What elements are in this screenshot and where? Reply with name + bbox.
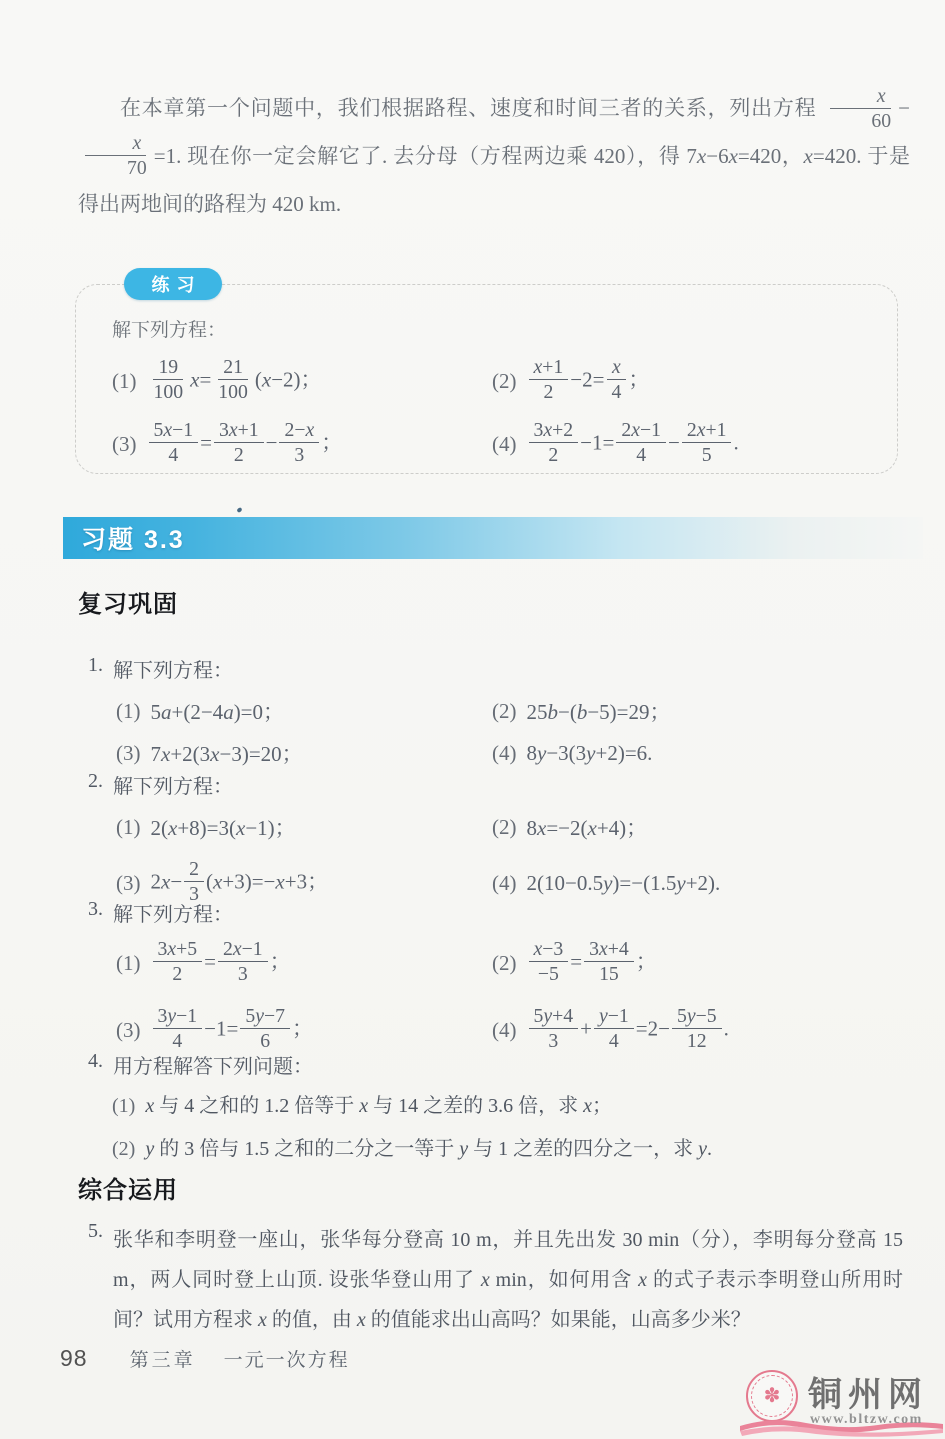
item-number: (3) <box>112 432 137 457</box>
item-number: (4) <box>492 871 517 896</box>
problem-head: 5. 张华和李明登一座山，张华每分登高 10 m，并且先出发 30 min（分）… <box>88 1220 910 1340</box>
equation: 5y+43+y−14=2−5y−512. <box>527 1007 729 1054</box>
item-number: (3) <box>116 741 141 766</box>
problem-4: 4. 用方程解答下列问题： (1) x 与 4 之和的 1.2 倍等于 x 与 … <box>88 1050 910 1165</box>
comprehensive-heading: 综合运用 <box>78 1170 178 1205</box>
textbook-page: 在本章第一个问题中，我们根据路程、速度和时间三者的关系，列出方程 x60−x70… <box>0 0 945 1439</box>
item-number: (1) <box>112 1091 135 1122</box>
watermark-url: www.bltzw.com <box>810 1412 923 1428</box>
problem-2-item-4: (4) 2(10−0.5y)=−(1.5y+2). <box>492 871 910 896</box>
problem-3-item-4: (4) 5y+43+y−14=2−5y−512. <box>492 1007 910 1054</box>
problem-prompt: 用方程解答下列问题： <box>113 1050 313 1079</box>
watermark-site-name: 铜州网 <box>808 1367 928 1416</box>
practice-badge: 练习 <box>124 268 222 300</box>
problem-label: 3. <box>88 898 103 927</box>
watermark-seal-icon: ✽ <box>746 1370 798 1422</box>
equation: 8x=−2(x+4)； <box>527 812 648 842</box>
item-number: (1) <box>116 699 141 724</box>
problem-4-item-1: (1) x 与 4 之和的 1.2 倍等于 x 与 14 之差的 3.6 倍，求… <box>112 1091 910 1122</box>
problem-label: 1. <box>88 654 103 683</box>
problem-label: 4. <box>88 1050 103 1079</box>
problem-5: 5. 张华和李明登一座山，张华每分登高 10 m，并且先出发 30 min（分）… <box>88 1220 910 1340</box>
equation: 25b−(b−5)=29； <box>527 696 671 726</box>
equation: 8y−3(3y+2)=6. <box>527 741 653 766</box>
equation: 3x+52=2x−13； <box>151 940 291 987</box>
problem-1: 1. 解下列方程： (1) 5a+(2−4a)=0； (2) 25b−(b−5)… <box>88 654 910 768</box>
problem-equations: (1) 3x+52=2x−13； (2) x−3−5=3x+415； (3) 3… <box>88 940 910 1054</box>
practice-item-3: (3) 5x−14=3x+12−2−x3； <box>112 421 492 468</box>
problem-label: 5. <box>88 1220 103 1340</box>
equation: 5x−14=3x+12−2−x3； <box>147 421 343 468</box>
word-problem-text: 张华和李明登一座山，张华每分登高 10 m，并且先出发 30 min（分），李明… <box>113 1220 903 1340</box>
problem-head: 4. 用方程解答下列问题： <box>88 1050 910 1079</box>
problem-2-item-2: (2) 8x=−2(x+4)； <box>492 812 910 842</box>
problem-equations: (1) 5a+(2−4a)=0； (2) 25b−(b−5)=29； (3) 7… <box>88 696 910 768</box>
page-footer: 98 第三章 一元一次方程 <box>60 1345 350 1372</box>
problem-1-item-4: (4) 8y−3(3y+2)=6. <box>492 741 910 766</box>
practice-prompt: 解下列方程： <box>112 315 869 342</box>
chapter-label: 第三章 <box>130 1345 196 1372</box>
problem-prompt: 解下列方程： <box>113 770 233 799</box>
practice-item-4: (4) 3x+22−1=2x−14−2x+15. <box>492 421 869 468</box>
item-number: (1) <box>116 815 141 840</box>
word-problem-text: y 的 3 倍与 1.5 之和的二分之一等于 y 与 1 之差的四分之一，求 y… <box>145 1134 712 1165</box>
item-number: (2) <box>492 951 517 976</box>
problem-head: 3. 解下列方程： <box>88 898 910 927</box>
flower-icon: ✽ <box>764 1386 781 1406</box>
item-number: (1) <box>112 369 137 394</box>
problem-word-items: (1) x 与 4 之和的 1.2 倍等于 x 与 14 之差的 3.6 倍，求… <box>88 1091 910 1165</box>
problem-4-item-2: (2) y 的 3 倍与 1.5 之和的二分之一等于 y 与 1 之差的四分之一… <box>112 1134 910 1165</box>
problem-3-item-2: (2) x−3−5=3x+415； <box>492 940 910 987</box>
problem-2-item-1: (1) 2(x+8)=3(x−1)； <box>116 812 492 842</box>
item-number: (4) <box>492 1018 517 1043</box>
equation: x+12−2=x4； <box>527 358 650 405</box>
problem-prompt: 解下列方程： <box>113 654 233 683</box>
equation: 7x+2(3x−3)=20； <box>151 738 303 768</box>
review-heading: 复习巩固 <box>78 584 178 619</box>
equation: 3x+22−1=2x−14−2x+15. <box>527 421 739 468</box>
item-number: (4) <box>492 741 517 766</box>
item-number: (1) <box>116 951 141 976</box>
problem-3-item-1: (1) 3x+52=2x−13； <box>116 940 492 987</box>
item-number: (4) <box>492 432 517 457</box>
item-number: (2) <box>112 1134 135 1165</box>
problem-label: 2. <box>88 770 103 799</box>
item-number: (3) <box>116 1018 141 1043</box>
equation: 3y−14−1=5y−76； <box>151 1007 313 1054</box>
problem-equations: (1) 2(x+8)=3(x−1)； (2) 8x=−2(x+4)； (3) 2… <box>88 812 910 907</box>
problem-1-item-2: (2) 25b−(b−5)=29； <box>492 696 910 726</box>
problem-head: 2. 解下列方程： <box>88 770 910 799</box>
practice-item-1: (1) 19100x=21100(x−2)； <box>112 358 492 405</box>
practice-badge-label: 练习 <box>145 271 202 297</box>
equation: x−3−5=3x+415； <box>527 940 657 987</box>
problem-prompt: 解下列方程： <box>113 898 233 927</box>
equation: 19100x=21100(x−2)； <box>147 358 322 405</box>
intro-paragraph: 在本章第一个问题中，我们根据路程、速度和时间三者的关系，列出方程 x60−x70… <box>78 86 910 227</box>
item-number: (3) <box>116 871 141 896</box>
problem-3-item-3: (3) 3y−14−1=5y−76； <box>116 1007 492 1054</box>
practice-equations: (1) 19100x=21100(x−2)； (2) x+12−2=x4； (3… <box>112 358 869 468</box>
item-number: (2) <box>492 815 517 840</box>
word-problem-text: x 与 4 之和的 1.2 倍等于 x 与 14 之差的 3.6 倍，求 x； <box>145 1091 612 1122</box>
exercise-section-title: 习题 3.3 <box>81 520 185 556</box>
item-number: (2) <box>492 699 517 724</box>
equation: 2(10−0.5y)=−(1.5y+2). <box>527 871 721 896</box>
ink-speck-artifact <box>236 507 242 513</box>
problem-2: 2. 解下列方程： (1) 2(x+8)=3(x−1)； (2) 8x=−2(x… <box>88 770 910 907</box>
equation: 2(x+8)=3(x−1)； <box>151 812 296 842</box>
practice-item-2: (2) x+12−2=x4； <box>492 358 869 405</box>
chapter-title: 一元一次方程 <box>224 1345 350 1372</box>
practice-box: 练习 解下列方程： (1) 19100x=21100(x−2)； (2) x+1… <box>75 284 898 474</box>
problem-1-item-3: (3) 7x+2(3x−3)=20； <box>116 738 492 768</box>
problem-1-item-1: (1) 5a+(2−4a)=0； <box>116 696 492 726</box>
exercise-section-bar: 习题 3.3 <box>63 517 923 559</box>
watermark: ✽ 铜州网 www.bltzw.com <box>738 1366 945 1439</box>
problem-head: 1. 解下列方程： <box>88 654 910 683</box>
item-number: (2) <box>492 369 517 394</box>
equation: 5a+(2−4a)=0； <box>151 696 285 726</box>
page-number: 98 <box>60 1345 88 1372</box>
problem-3: 3. 解下列方程： (1) 3x+52=2x−13； (2) x−3−5=3x+… <box>88 898 910 1054</box>
